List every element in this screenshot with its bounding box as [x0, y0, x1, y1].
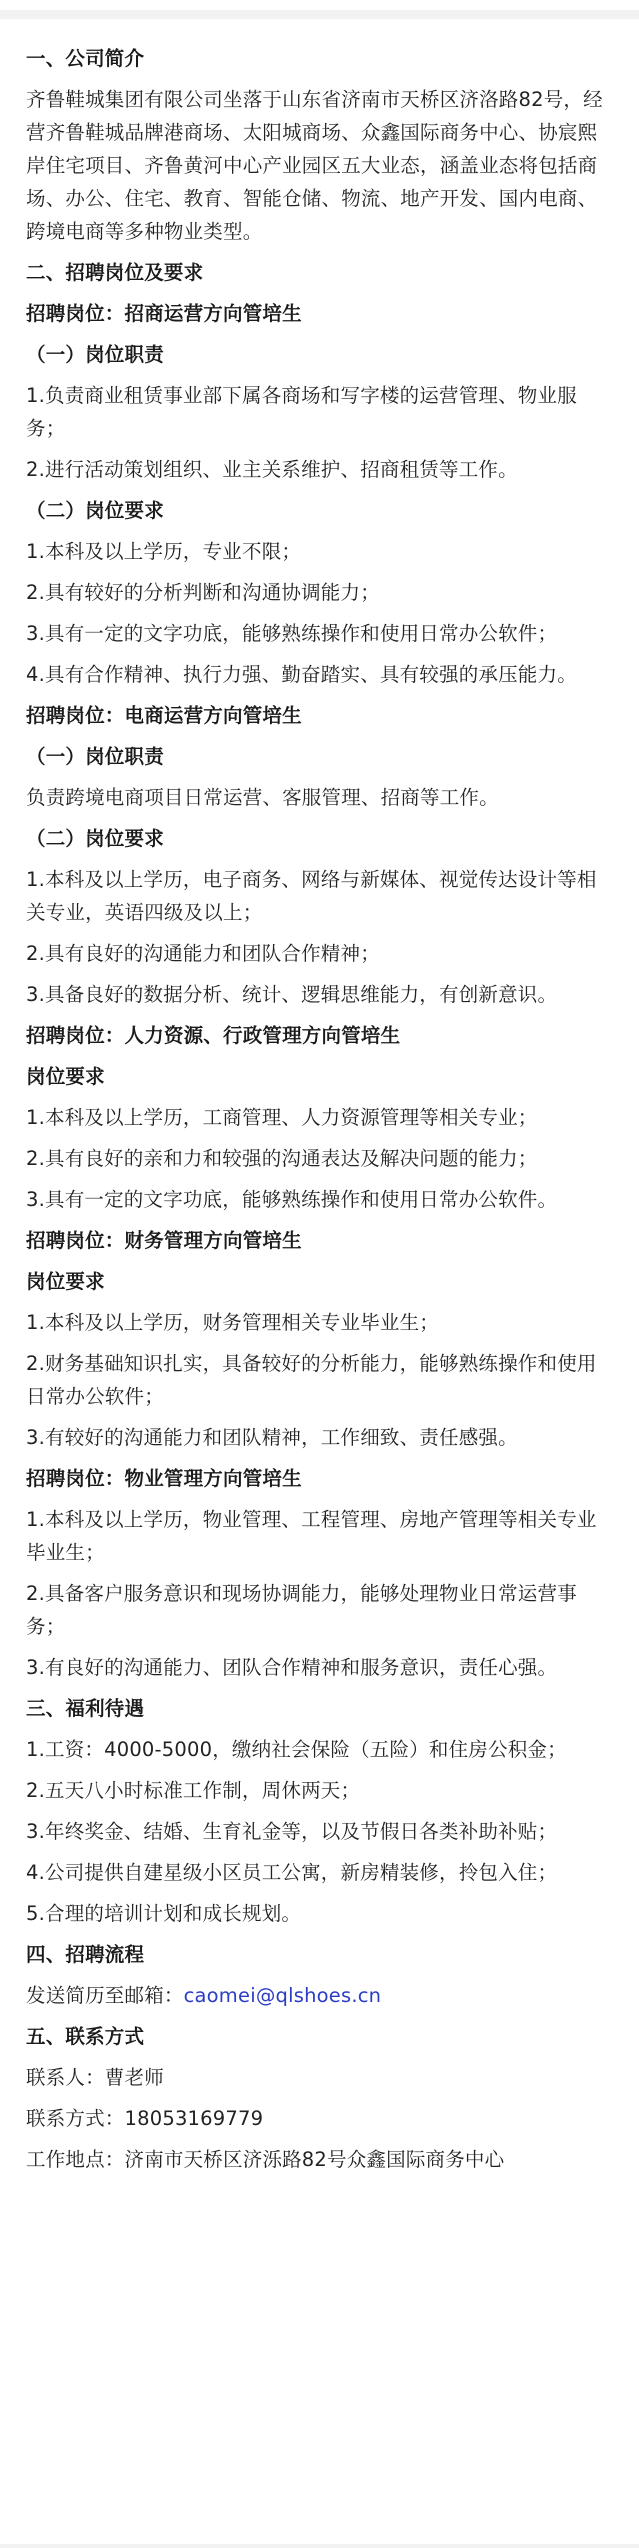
section-heading-company-intro: 一、公司简介	[26, 42, 616, 75]
contact-phone-line: 联系方式：18053169779	[26, 2102, 616, 2135]
requirement-item: 4.具有合作精神、执行力强、勤奋踏实、具有较强的承压能力。	[26, 658, 616, 691]
benefit-item: 2.五天八小时标准工作制，周休两天；	[26, 1774, 616, 1807]
duties-heading: （一）岗位职责	[26, 338, 616, 371]
requirement-item: 1.本科及以上学历，专业不限；	[26, 535, 616, 568]
position-title: 招聘岗位：招商运营方向管培生	[26, 297, 616, 330]
section-heading-process: 四、招聘流程	[26, 1938, 616, 1971]
requirement-item: 2.具备客户服务意识和现场协调能力，能够处理物业日常运营事务；	[26, 1577, 616, 1643]
bottom-divider-band	[0, 2544, 639, 2548]
section-heading-contact: 五、联系方式	[26, 2020, 616, 2053]
contact-person: 联系人：曹老师	[26, 2061, 616, 2094]
position-title: 招聘岗位：财务管理方向管培生	[26, 1224, 616, 1257]
requirement-item: 2.财务基础知识扎实，具备较好的分析能力，能够熟练操作和使用日常办公软件；	[26, 1347, 616, 1413]
company-intro-text: 齐鲁鞋城集团有限公司坐落于山东省济南市天桥区济洛路82号，经营齐鲁鞋城品牌港商场…	[26, 83, 616, 248]
process-line: 发送简历至邮箱：caomei@qlshoes.cn	[26, 1979, 616, 2012]
requirement-item: 2.具有较好的分析判断和沟通协调能力；	[26, 576, 616, 609]
requirement-item: 3.有良好的沟通能力、团队合作精神和服务意识，责任心强。	[26, 1651, 616, 1684]
benefit-item: 4.公司提供自建星级小区员工公寓，新房精装修，拎包入住；	[26, 1856, 616, 1889]
position-title: 招聘岗位：电商运营方向管培生	[26, 699, 616, 732]
email-label: 发送简历至邮箱：	[26, 1984, 184, 2007]
requirement-item: 1.本科及以上学历，工商管理、人力资源管理等相关专业；	[26, 1101, 616, 1134]
benefit-item: 5.合理的培训计划和成长规划。	[26, 1897, 616, 1930]
requirement-item: 3.有较好的沟通能力和团队精神，工作细致、责任感强。	[26, 1421, 616, 1454]
benefit-item: 1.工资：4000-5000，缴纳社会保险（五险）和住房公积金；	[26, 1733, 616, 1766]
section-heading-benefits: 三、福利待遇	[26, 1692, 616, 1725]
requirements-heading: 岗位要求	[26, 1265, 616, 1298]
requirement-item: 2.具有良好的沟通能力和团队合作精神；	[26, 937, 616, 970]
duty-item: 负责跨境电商项目日常运营、客服管理、招商等工作。	[26, 781, 616, 814]
top-divider-band	[0, 10, 639, 19]
requirement-item: 3.具备良好的数据分析、统计、逻辑思维能力，有创新意识。	[26, 978, 616, 1011]
benefit-item: 3.年终奖金、结婚、生育礼金等，以及节假日各类补助补贴；	[26, 1815, 616, 1848]
phone-label: 联系方式：	[26, 2107, 125, 2130]
position-title: 招聘岗位：物业管理方向管培生	[26, 1462, 616, 1495]
position-title: 招聘岗位：人力资源、行政管理方向管培生	[26, 1019, 616, 1052]
requirements-heading: （二）岗位要求	[26, 822, 616, 855]
requirement-item: 3.具有一定的文字功底，能够熟练操作和使用日常办公软件。	[26, 1183, 616, 1216]
requirements-heading: （二）岗位要求	[26, 494, 616, 527]
section-heading-positions: 二、招聘岗位及要求	[26, 256, 616, 289]
email-link[interactable]: caomei@qlshoes.cn	[184, 1984, 382, 2007]
requirement-item: 1.本科及以上学历，物业管理、工程管理、房地产管理等相关专业毕业生；	[26, 1503, 616, 1569]
job-posting-article: 一、公司简介 齐鲁鞋城集团有限公司坐落于山东省济南市天桥区济洛路82号，经营齐鲁…	[26, 42, 616, 2184]
requirement-item: 1.本科及以上学历，财务管理相关专业毕业生；	[26, 1306, 616, 1339]
duty-item: 1.负责商业租赁事业部下属各商场和写字楼的运营管理、物业服务；	[26, 379, 616, 445]
requirement-item: 2.具有良好的亲和力和较强的沟通表达及解决问题的能力；	[26, 1142, 616, 1175]
requirement-item: 3.具有一定的文字功底，能够熟练操作和使用日常办公软件；	[26, 617, 616, 650]
duty-item: 2.进行活动策划组织、业主关系维护、招商租赁等工作。	[26, 453, 616, 486]
requirements-heading: 岗位要求	[26, 1060, 616, 1093]
phone-number: 18053169779	[125, 2107, 264, 2130]
duties-heading: （一）岗位职责	[26, 740, 616, 773]
requirement-item: 1.本科及以上学历，电子商务、网络与新媒体、视觉传达设计等相关专业，英语四级及以…	[26, 863, 616, 929]
work-address: 工作地点：济南市天桥区济泺路82号众鑫国际商务中心	[26, 2143, 616, 2176]
